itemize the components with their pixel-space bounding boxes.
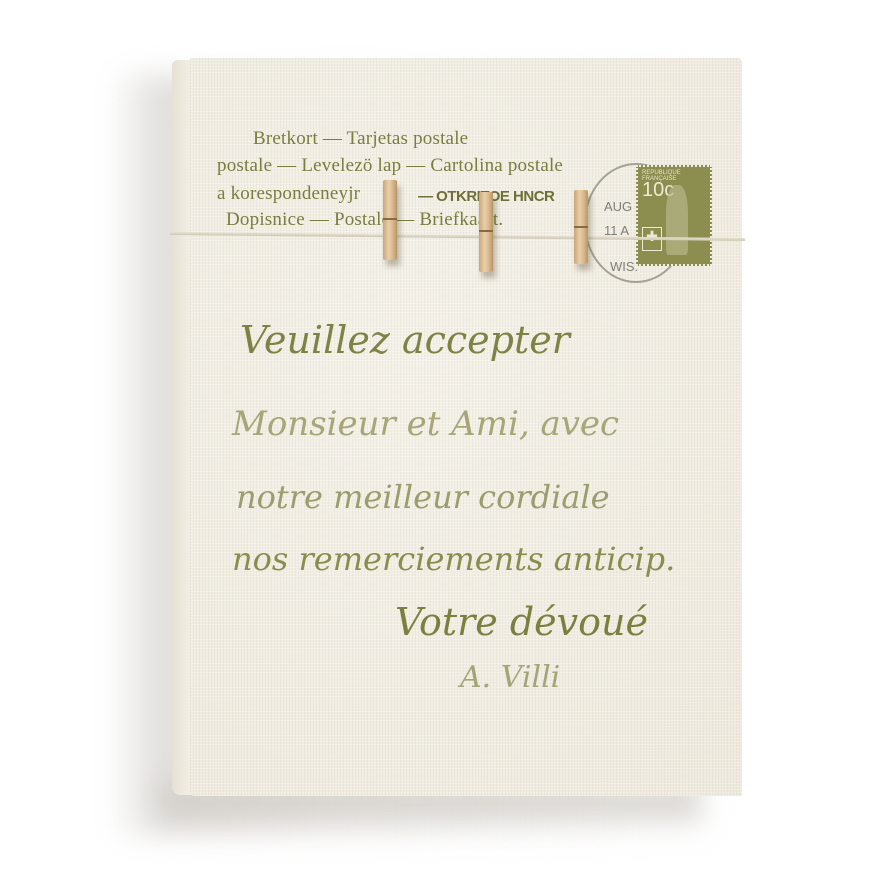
- canvas-side-edge: [172, 60, 192, 795]
- postmark-bottom: WIS.: [610, 259, 638, 274]
- handwriting-line-2: Monsieur et Ami, avec: [232, 404, 619, 444]
- clothespin-1: [383, 180, 397, 260]
- clothespin-3: [574, 190, 588, 264]
- handwriting-line-1: Veuillez accepter: [240, 318, 570, 362]
- clothespin-2: [479, 192, 493, 272]
- postmark-top: AUG: [604, 199, 632, 214]
- sower-figure-icon: [666, 185, 688, 255]
- printed-line-1: Bretkort — Tarjetas postale: [253, 128, 468, 150]
- postage-stamp: REPUBLIQUE FRANÇAISE 10c ✚: [636, 165, 712, 266]
- handwriting-signature: Votre dévoué: [395, 600, 648, 644]
- handwriting-line-6: A. Villi: [460, 660, 560, 695]
- printed-line-2: postale — Levelezö lap — Cartolina posta…: [217, 155, 563, 177]
- handwriting-line-4: nos remerciements anticip.: [232, 540, 675, 578]
- printed-line-4: Dopisnice — Postale — Briefkaart.: [226, 209, 503, 231]
- printed-line-3: a korespondeneyjr: [217, 183, 360, 205]
- handwriting-line-3: notre meilleur cordiale: [236, 478, 610, 516]
